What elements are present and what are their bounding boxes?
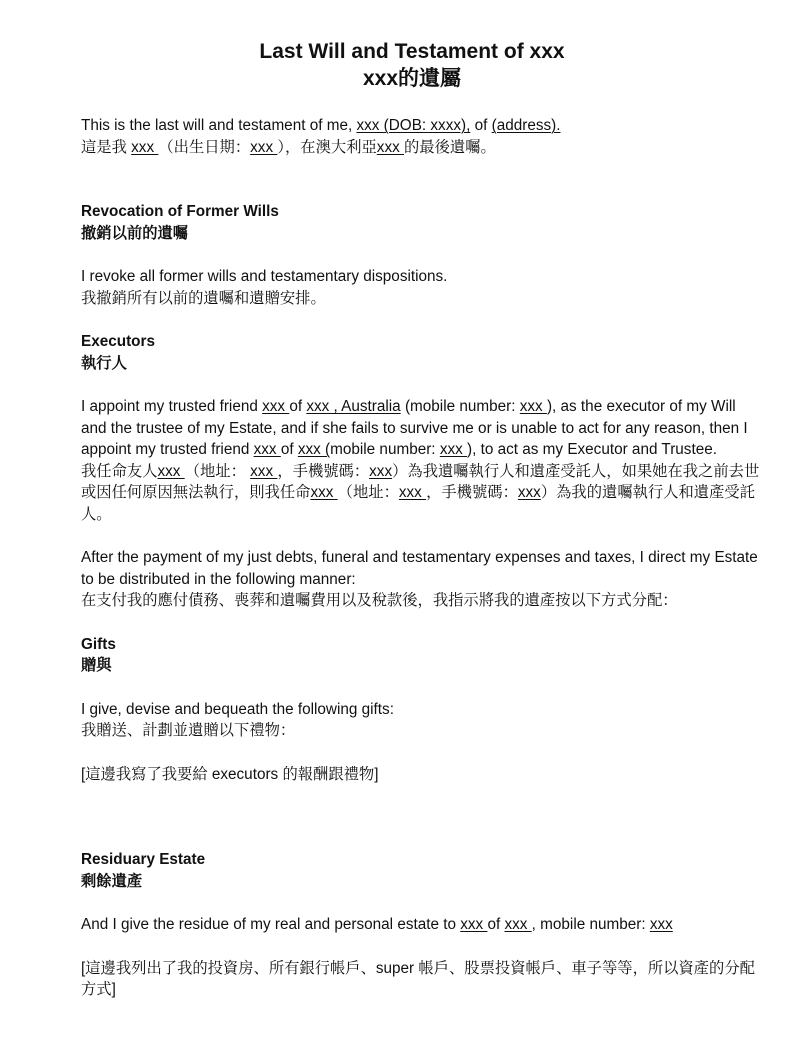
text-run: ，手機號碼：	[426, 484, 518, 501]
text-run: , mobile number:	[532, 916, 650, 933]
intro-zh: 這是我 xxx （出生日期：xxx ），在澳大利亞xxx 的最後遺囑。	[81, 137, 761, 159]
text-run: mobile number:	[330, 441, 440, 458]
placeholder-field: xxx	[310, 484, 337, 501]
placeholder-field: (address).	[492, 117, 561, 134]
intro-en: This is the last will and testament of m…	[81, 115, 761, 137]
placeholder-field: xxx	[650, 916, 673, 933]
section-heading-zh: 執行人	[81, 353, 761, 375]
placeholder-field: xxx	[262, 398, 289, 415]
section-executors: Executors執行人I appoint my trusted friend …	[81, 331, 761, 612]
placeholder-field: xxx	[518, 484, 541, 501]
paragraph-line: I appoint my trusted friend xxx of xxx ,…	[81, 396, 761, 461]
text-run: 我任命友人	[81, 463, 158, 480]
text-run: （出生日期：	[158, 139, 250, 156]
paragraph-line: After the payment of my just debts, fune…	[81, 547, 761, 590]
placeholder-field: xxx (DOB: xxxx),	[356, 117, 470, 134]
paragraph-line-translation: 我贈送、計劃並遺贈以下禮物：	[81, 720, 761, 742]
paragraph-line-translation: 我任命友人xxx （地址： xxx ，手機號碼：xxx）為我遺囑執行人和遺產受託…	[81, 461, 761, 526]
placeholder-field: xxx	[460, 916, 487, 933]
section-heading-en: Residuary Estate	[81, 849, 761, 871]
placeholder-field: xxx	[250, 139, 277, 156]
sections: Revocation of Former Wills撤銷以前的遺囑I revok…	[81, 201, 761, 1001]
text-run: [這邊我列出了我的投資房、所有銀行帳戶、super 帳戶、股票投資帳戶、車子等等…	[81, 960, 755, 999]
placeholder-field: xxx	[377, 139, 404, 156]
text-run: I give, devise and bequeath the followin…	[81, 701, 394, 718]
text-run: (mobile number:	[401, 398, 520, 415]
text-run: of	[470, 117, 491, 134]
text-run: 這是我	[81, 139, 131, 156]
placeholder-field: xxx	[250, 463, 277, 480]
section-residuary: Residuary Estate剩餘遺產And I give the resid…	[81, 849, 761, 1001]
text-run: 我贈送、計劃並遺贈以下禮物：	[81, 722, 295, 739]
paragraph-line-translation: 我撤銷所有以前的遺囑和遺贈安排。	[81, 288, 761, 310]
placeholder-field: xxx	[520, 398, 547, 415]
section-heading-en: Executors	[81, 331, 761, 353]
text-run: [這邊我寫了我要給 executors 的報酬跟禮物]	[81, 766, 378, 783]
paragraph-line: [這邊我寫了我要給 executors 的報酬跟禮物]	[81, 764, 761, 786]
document-title-en: Last Will and Testament of xxx	[77, 38, 747, 65]
paragraph-line-translation: 在支付我的應付債務、喪葬和遺囑費用以及稅款後，我指示將我的遺產按以下方式分配：	[81, 590, 761, 612]
section-heading-en: Gifts	[81, 634, 761, 656]
text-run: （地址：	[338, 484, 399, 501]
text-run: of	[281, 441, 298, 458]
placeholder-field: xxx	[504, 916, 531, 933]
text-run: ), to act as my Executor and Trustee.	[467, 441, 717, 458]
placeholder-field: xxx (	[298, 441, 330, 458]
placeholder-field: xxx	[369, 463, 392, 480]
paragraph-line: [這邊我列出了我的投資房、所有銀行帳戶、super 帳戶、股票投資帳戶、車子等等…	[81, 958, 761, 1001]
text-run: 我撤銷所有以前的遺囑和遺贈安排。	[81, 290, 326, 307]
placeholder-field: xxx	[399, 484, 426, 501]
text-run: This is the last will and testament of m…	[81, 117, 356, 134]
text-run: I revoke all former wills and testamenta…	[81, 268, 447, 285]
document-title-zh: xxx的遺屬	[77, 65, 747, 92]
section-revocation: Revocation of Former Wills撤銷以前的遺囑I revok…	[81, 201, 761, 309]
placeholder-field: xxx	[158, 463, 185, 480]
section-heading-en: Revocation of Former Wills	[81, 201, 761, 223]
text-run: of	[487, 916, 504, 933]
section-heading-zh: 剩餘遺產	[81, 871, 761, 893]
paragraph-line: And I give the residue of my real and pe…	[81, 914, 761, 936]
placeholder-field: xxx	[131, 139, 158, 156]
text-run: ），在澳大利亞	[277, 139, 376, 156]
section-heading-zh: 撤銷以前的遺囑	[81, 223, 761, 245]
placeholder-field: xxx	[254, 441, 281, 458]
text-run: 在支付我的應付債務、喪葬和遺囑費用以及稅款後，我指示將我的遺產按以下方式分配：	[81, 592, 678, 609]
will-document: Last Will and Testament of xxx xxx的遺屬 Th…	[81, 38, 761, 1001]
text-run: And I give the residue of my real and pe…	[81, 916, 460, 933]
text-run: （地址：	[185, 463, 250, 480]
placeholder-field: xxx	[440, 441, 467, 458]
text-run: of	[289, 398, 306, 415]
section-heading-zh: 贈與	[81, 655, 761, 677]
paragraph-line: I revoke all former wills and testamenta…	[81, 266, 761, 288]
text-run: 的最後遺囑。	[404, 139, 496, 156]
text-run: I appoint my trusted friend	[81, 398, 262, 415]
text-run: After the payment of my just debts, fune…	[81, 549, 758, 588]
placeholder-field: xxx , Australia	[306, 398, 400, 415]
section-gifts: Gifts贈與I give, devise and bequeath the f…	[81, 634, 761, 786]
paragraph-line: I give, devise and bequeath the followin…	[81, 699, 761, 721]
text-run: ，手機號碼：	[277, 463, 369, 480]
